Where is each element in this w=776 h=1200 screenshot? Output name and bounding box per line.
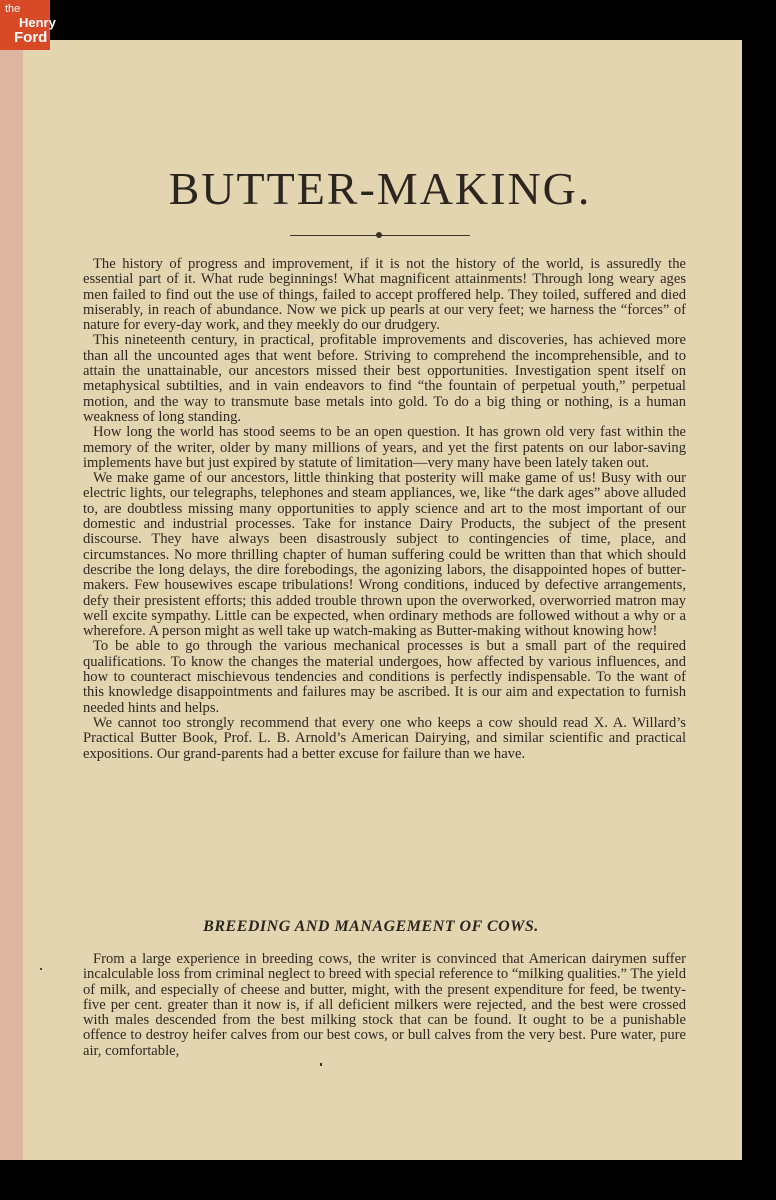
paragraph: This nineteenth century, in practical, p… xyxy=(83,333,686,425)
paragraph: From a large experience in breeding cows… xyxy=(83,952,686,1059)
paragraph: To be able to go through the various mec… xyxy=(83,639,686,715)
page-speck xyxy=(320,1063,322,1066)
title-ornament-divider xyxy=(290,234,470,238)
margin-mark xyxy=(40,968,42,970)
logo-text-henry: Henry xyxy=(19,16,56,29)
paragraph: How long the world has stood seems to be… xyxy=(83,425,686,471)
section-body-text: From a large experience in breeding cows… xyxy=(83,952,686,1059)
logo-text-ford: Ford xyxy=(14,30,47,45)
paragraph: We cannot too strongly recommend that ev… xyxy=(83,716,686,762)
section-heading: BREEDING AND MANAGEMENT OF COWS. xyxy=(0,918,742,936)
divider-dot-icon xyxy=(376,232,382,238)
body-text: The history of progress and improvement,… xyxy=(83,257,686,762)
document-title: BUTTER-MAKING. xyxy=(0,162,760,215)
logo-text-the: the xyxy=(5,4,20,15)
paragraph: The history of progress and improvement,… xyxy=(83,257,686,333)
henry-ford-logo: the Henry Ford xyxy=(0,0,50,50)
paragraph: We make game of our ancestors, little th… xyxy=(83,471,686,639)
